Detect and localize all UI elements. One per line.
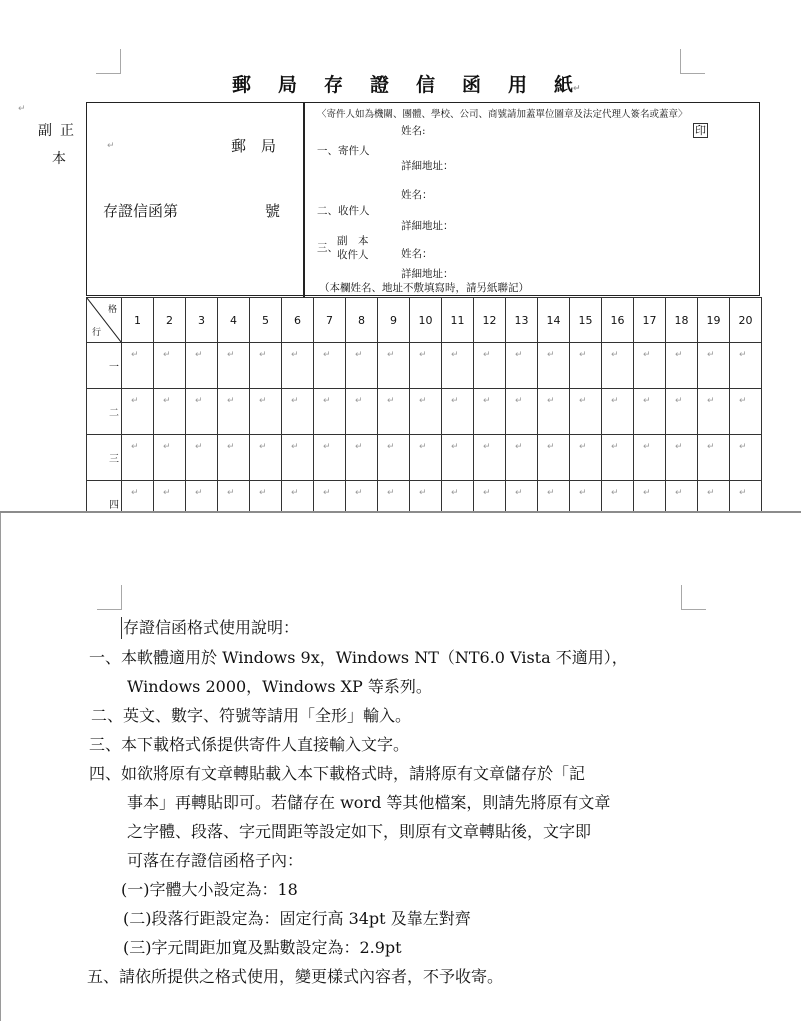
paragraph-mark: ↵: [227, 350, 235, 360]
grid-cell[interactable]: ↵: [186, 343, 218, 389]
paragraph-mark: ↵: [419, 396, 427, 406]
grid-cell[interactable]: ↵: [634, 389, 666, 435]
paragraph-mark: ↵: [323, 350, 331, 360]
paragraph-mark: ↵: [195, 396, 203, 406]
grid-cell[interactable]: ↵: [666, 435, 698, 481]
paragraph-mark: ↵: [675, 488, 683, 498]
instruction-item-3: 三、本下載格式係提供寄件人直接輸入文字。: [89, 730, 409, 759]
corner-label-column: 格: [108, 302, 117, 315]
grid-cell[interactable]: ↵: [186, 435, 218, 481]
column-header: 1: [122, 298, 154, 343]
column-header: 15: [570, 298, 602, 343]
sub-item-char-spacing: (三)字元間距加寬及點數設定為：2.9pt: [123, 933, 402, 962]
paragraph-mark: ↵: [259, 488, 267, 498]
paragraph-mark: ↵: [163, 396, 171, 406]
column-header: 12: [474, 298, 506, 343]
label-zheng: 正: [60, 120, 74, 140]
cc-name-field[interactable]: 姓名：: [401, 246, 433, 261]
paragraph-mark: ↵: [195, 442, 203, 452]
grid-cell[interactable]: ↵: [506, 389, 538, 435]
page-2: 存證信函格式使用說明： 一、本軟體適用於 Windows 9x，Windows …: [0, 513, 801, 1021]
paragraph-mark: ↵: [163, 350, 171, 360]
sender-address-field[interactable]: 詳細地址：: [401, 158, 454, 173]
paragraph-mark: ↵: [579, 488, 587, 498]
grid-cell[interactable]: ↵: [474, 343, 506, 389]
column-header: 4: [218, 298, 250, 343]
grid-cell[interactable]: ↵: [282, 389, 314, 435]
paragraph-mark: ↵: [547, 350, 555, 360]
instruction-item-4-line3: 之字體、段落、字元間距等設定如下，則原有文章轉貼後，文字即: [127, 817, 591, 846]
grid-cell[interactable]: ↵: [666, 389, 698, 435]
row-header: 三: [87, 435, 122, 481]
paragraph-mark: ↵: [227, 442, 235, 452]
paragraph-mark: ↵: [739, 350, 747, 360]
margin-corner-top-right: [680, 49, 705, 74]
paragraph-mark: ↵: [611, 442, 619, 452]
paragraph-mark: ↵: [163, 442, 171, 452]
grid-cell[interactable]: ↵: [730, 389, 762, 435]
grid-cell[interactable]: ↵: [538, 389, 570, 435]
grid-cell[interactable]: ↵: [378, 435, 410, 481]
grid-cell[interactable]: ↵: [570, 481, 602, 512]
column-header: 8: [346, 298, 378, 343]
letter-grid: 格 行 1 2 3 4 5 6 7 8 9 10 11 12 13 14 15 …: [86, 297, 762, 511]
column-header: 6: [282, 298, 314, 343]
corner-label-row: 行: [92, 325, 101, 338]
grid-cell[interactable]: ↵: [250, 343, 282, 389]
paragraph-mark: ↵: [323, 442, 331, 452]
grid-cell[interactable]: ↵: [602, 343, 634, 389]
grid-cell[interactable]: ↵: [538, 435, 570, 481]
grid-cell[interactable]: ↵: [346, 389, 378, 435]
grid-cell[interactable]: ↵: [250, 435, 282, 481]
cc-label-line1: 副 本: [337, 233, 369, 248]
paragraph-mark: ↵: [739, 442, 747, 452]
grid-cell[interactable]: ↵: [346, 435, 378, 481]
grid-cell[interactable]: ↵: [698, 389, 730, 435]
paragraph-mark: ↵: [579, 442, 587, 452]
title-char: 函: [462, 70, 508, 97]
page-1: 郵局存證信函用紙↵ ↵ 正 副 本 ↵ 郵 局 存證信函第 號 〈寄件人如為機關…: [0, 0, 801, 511]
row-header: 二: [87, 389, 122, 435]
paragraph-mark: ↵: [547, 488, 555, 498]
paragraph-mark: ↵: [387, 396, 395, 406]
paragraph-mark: ↵: [195, 488, 203, 498]
cc-address-field[interactable]: 詳細地址：: [401, 266, 454, 281]
instruction-item-1-line1: 一、本軟體適用於 Windows 9x，Windows NT（NT6.0 Vis…: [89, 643, 628, 672]
grid-cell[interactable]: ↵: [634, 343, 666, 389]
paragraph-mark: ↵: [131, 442, 139, 452]
paragraph-mark: ↵: [419, 442, 427, 452]
paragraph-mark: ↵: [451, 442, 459, 452]
grid-cell[interactable]: ↵: [730, 435, 762, 481]
paragraph-mark: ↵: [323, 396, 331, 406]
title-char: 局: [278, 70, 324, 97]
paragraph-mark: ↵: [259, 442, 267, 452]
title-char: 證: [370, 70, 416, 97]
grid-cell[interactable]: ↵: [378, 389, 410, 435]
column-header: 20: [730, 298, 762, 343]
column-header: 11: [442, 298, 474, 343]
grid-cell[interactable]: ↵: [410, 389, 442, 435]
paragraph-mark: ↵: [515, 442, 523, 452]
paragraph-mark: ↵: [675, 442, 683, 452]
grid-cell[interactable]: ↵: [474, 389, 506, 435]
paragraph-mark: ↵: [131, 488, 139, 498]
paragraph-mark: ↵: [387, 442, 395, 452]
grid-cell[interactable]: ↵: [122, 343, 154, 389]
grid-cell[interactable]: ↵: [698, 435, 730, 481]
grid-cell[interactable]: ↵: [186, 389, 218, 435]
grid-cell[interactable]: ↵: [698, 481, 730, 512]
column-header: 17: [634, 298, 666, 343]
paragraph-mark: ↵: [707, 442, 715, 452]
text-cursor: [121, 617, 122, 639]
row-header: 四: [87, 481, 122, 512]
grid-cell[interactable]: ↵: [570, 389, 602, 435]
paragraph-mark: ↵: [643, 442, 651, 452]
margin-corner-top-right: [681, 585, 706, 610]
paragraph-mark: ↵: [483, 442, 491, 452]
grid-cell[interactable]: ↵: [154, 481, 186, 512]
grid-cell[interactable]: ↵: [410, 481, 442, 512]
paragraph-mark: ↵: [643, 350, 651, 360]
seal-stamp: 印: [693, 123, 708, 138]
grid-cell[interactable]: ↵: [506, 435, 538, 481]
grid-cell[interactable]: ↵: [218, 481, 250, 512]
grid-cell[interactable]: ↵: [314, 435, 346, 481]
instruction-item-5: 五、請依所提供之格式使用，變更樣式內容者，不予收寄。: [87, 962, 503, 991]
grid-row: 三 ↵ ↵ ↵ ↵ ↵ ↵ ↵ ↵ ↵ ↵ ↵ ↵ ↵ ↵ ↵ ↵ ↵ ↵ ↵ …: [87, 435, 762, 481]
column-header: 5: [250, 298, 282, 343]
grid-cell[interactable]: ↵: [122, 435, 154, 481]
grid-cell[interactable]: ↵: [666, 343, 698, 389]
grid-cell[interactable]: ↵: [442, 435, 474, 481]
grid-cell[interactable]: ↵: [570, 343, 602, 389]
paragraph-mark: ↵: [547, 442, 555, 452]
grid-cell[interactable]: ↵: [474, 481, 506, 512]
grid-cell[interactable]: ↵: [570, 435, 602, 481]
grid-cell[interactable]: ↵: [378, 481, 410, 512]
paragraph-mark: ↵: [579, 396, 587, 406]
grid-cell[interactable]: ↵: [442, 343, 474, 389]
paragraph-mark: ↵: [483, 350, 491, 360]
paragraph-mark: ↵: [515, 488, 523, 498]
grid-cell[interactable]: ↵: [154, 389, 186, 435]
paragraph-mark: ↵: [259, 350, 267, 360]
paragraph-mark: ↵: [483, 488, 491, 498]
grid-cell[interactable]: ↵: [538, 481, 570, 512]
grid-cell[interactable]: ↵: [282, 343, 314, 389]
grid-cell[interactable]: ↵: [602, 389, 634, 435]
grid-cell[interactable]: ↵: [218, 389, 250, 435]
header-right-panel: 〈寄件人如為機關、團體、學校、公司、商號請加蓋單位圖章及法定代理人簽名或蓋章〉 …: [305, 103, 759, 297]
grid-cell[interactable]: ↵: [218, 435, 250, 481]
grid-cell[interactable]: ↵: [218, 343, 250, 389]
column-header: 16: [602, 298, 634, 343]
paragraph-mark: ↵: [291, 350, 299, 360]
title-char: 用: [508, 70, 554, 97]
seal-icon: 印: [693, 123, 708, 138]
column-header: 18: [666, 298, 698, 343]
label-fu: 副: [38, 120, 52, 140]
grid-cell[interactable]: ↵: [154, 343, 186, 389]
post-office-label: 郵 局: [231, 135, 276, 156]
grid-cell[interactable]: ↵: [442, 481, 474, 512]
paragraph-mark: ↵: [675, 350, 683, 360]
margin-corner-top-left: [97, 585, 122, 610]
paragraph-mark: ↵: [163, 488, 171, 498]
instruction-item-4-line2: 事本」再轉貼即可。若儲存在 word 等其他檔案，則請先將原有文章: [127, 788, 610, 817]
row-header: 一: [87, 343, 122, 389]
grid-cell[interactable]: ↵: [410, 435, 442, 481]
paragraph-mark: ↵: [227, 396, 235, 406]
paragraph-mark: ↵: [643, 488, 651, 498]
paragraph-mark: ↵: [739, 396, 747, 406]
recipient-name-field[interactable]: 姓名：: [401, 187, 433, 202]
grid-cell[interactable]: ↵: [666, 481, 698, 512]
grid-cell[interactable]: ↵: [602, 435, 634, 481]
grid-cell[interactable]: ↵: [250, 481, 282, 512]
grid-cell[interactable]: ↵: [474, 435, 506, 481]
paragraph-mark: ↵: [131, 350, 139, 360]
sub-item-font-size: (一)字體大小設定為：18: [121, 875, 298, 904]
paragraph-mark: ↵: [707, 396, 715, 406]
paragraph-mark: ↵: [483, 396, 491, 406]
paragraph-mark: ↵: [611, 396, 619, 406]
instructions-heading: 存證信函格式使用說明：: [123, 613, 299, 642]
paragraph-mark: ↵: [573, 84, 581, 94]
paragraph-mark: ↵: [387, 488, 395, 498]
grid-row: 四 ↵ ↵ ↵ ↵ ↵ ↵ ↵ ↵ ↵ ↵ ↵ ↵ ↵ ↵ ↵ ↵ ↵ ↵ ↵ …: [87, 481, 762, 512]
paragraph-mark: ↵: [643, 396, 651, 406]
top-note: 〈寄件人如為機關、團體、學校、公司、商號請加蓋單位圖章及法定代理人簽名或蓋章〉: [317, 106, 688, 120]
grid-cell[interactable]: ↵: [314, 343, 346, 389]
paragraph-mark: ↵: [355, 488, 363, 498]
paragraph-mark: ↵: [291, 442, 299, 452]
paragraph-mark: ↵: [387, 350, 395, 360]
column-header: 2: [154, 298, 186, 343]
grid-cell[interactable]: ↵: [442, 389, 474, 435]
paragraph-mark: ↵: [707, 488, 715, 498]
grid-cell[interactable]: ↵: [282, 435, 314, 481]
recipient-label: 二、收件人: [317, 203, 370, 218]
grid-cell[interactable]: ↵: [730, 343, 762, 389]
column-header: 19: [698, 298, 730, 343]
grid-cell[interactable]: ↵: [314, 481, 346, 512]
grid-cell[interactable]: ↵: [538, 343, 570, 389]
instruction-item-1-line2: Windows 2000，Windows XP 等系列。: [127, 672, 432, 701]
paragraph-mark: ↵: [291, 396, 299, 406]
paragraph-mark: ↵: [675, 396, 683, 406]
grid-cell[interactable]: ↵: [122, 389, 154, 435]
grid-cell[interactable]: ↵: [506, 481, 538, 512]
paragraph-mark: ↵: [195, 350, 203, 360]
paragraph-mark: ↵: [515, 396, 523, 406]
title-char: 信: [416, 70, 462, 97]
sender-name-field[interactable]: 姓名:: [401, 123, 426, 138]
grid-cell[interactable]: ↵: [730, 481, 762, 512]
grid-row: 一 ↵ ↵ ↵ ↵ ↵ ↵ ↵ ↵ ↵ ↵ ↵ ↵ ↵ ↵ ↵ ↵ ↵ ↵ ↵ …: [87, 343, 762, 389]
paragraph-mark: ↵: [707, 350, 715, 360]
grid-cell[interactable]: ↵: [698, 343, 730, 389]
title-char: 郵: [232, 70, 278, 97]
paragraph-mark: ↵: [739, 488, 747, 498]
column-header: 13: [506, 298, 538, 343]
paragraph-mark: ↵: [611, 350, 619, 360]
grid-cell[interactable]: ↵: [410, 343, 442, 389]
grid-cell[interactable]: ↵: [154, 435, 186, 481]
cc-prefix: 三、: [317, 240, 338, 255]
grid-corner-cell: 格 行: [87, 298, 122, 343]
paragraph-mark: ↵: [323, 488, 331, 498]
header-left-panel: ↵ 郵 局 存證信函第 號: [87, 103, 305, 297]
paragraph-mark: ↵: [419, 488, 427, 498]
column-header: 7: [314, 298, 346, 343]
recipient-address-field[interactable]: 詳細地址：: [401, 218, 454, 233]
paragraph-mark: ↵: [18, 104, 26, 114]
grid-cell[interactable]: ↵: [346, 343, 378, 389]
page-title: 郵局存證信函用紙↵: [232, 70, 581, 97]
grid-cell[interactable]: ↵: [282, 481, 314, 512]
paragraph-mark: ↵: [259, 396, 267, 406]
grid-cell[interactable]: ↵: [122, 481, 154, 512]
letter-number-suffix: 號: [265, 200, 280, 221]
paragraph-mark: ↵: [451, 350, 459, 360]
column-header: 14: [538, 298, 570, 343]
paragraph-mark: ↵: [451, 396, 459, 406]
cc-label-line2: 收件人: [337, 247, 369, 262]
bottom-note: （本欄姓名、地址不敷填寫時，請另紙聯記）: [319, 280, 529, 295]
paragraph-mark: ↵: [227, 488, 235, 498]
column-header: 9: [378, 298, 410, 343]
paragraph-mark: ↵: [419, 350, 427, 360]
paragraph-mark: ↵: [611, 488, 619, 498]
grid-header-row: 格 行 1 2 3 4 5 6 7 8 9 10 11 12 13 14 15 …: [87, 298, 762, 343]
grid-cell[interactable]: ↵: [506, 343, 538, 389]
grid-row: 二 ↵ ↵ ↵ ↵ ↵ ↵ ↵ ↵ ↵ ↵ ↵ ↵ ↵ ↵ ↵ ↵ ↵ ↵ ↵ …: [87, 389, 762, 435]
grid-cell[interactable]: ↵: [634, 481, 666, 512]
letter-header-box: ↵ 郵 局 存證信函第 號 〈寄件人如為機關、團體、學校、公司、商號請加蓋單位圖…: [86, 102, 760, 296]
paragraph-mark: ↵: [107, 141, 115, 151]
grid-cell[interactable]: ↵: [250, 389, 282, 435]
instruction-item-4-line4: 可落在存證信函格子內：: [127, 846, 303, 875]
paragraph-mark: ↵: [291, 488, 299, 498]
column-header: 3: [186, 298, 218, 343]
column-header: 10: [410, 298, 442, 343]
title-char: 紙: [554, 70, 573, 97]
paragraph-mark: ↵: [131, 396, 139, 406]
margin-corner-top-left: [96, 49, 121, 74]
grid-cell[interactable]: ↵: [186, 481, 218, 512]
paragraph-mark: ↵: [547, 396, 555, 406]
paragraph-mark: ↵: [355, 442, 363, 452]
letter-number-prefix: 存證信函第: [103, 200, 178, 221]
title-char: 存: [324, 70, 370, 97]
paragraph-mark: ↵: [355, 350, 363, 360]
grid-cell[interactable]: ↵: [634, 435, 666, 481]
paragraph-mark: ↵: [579, 350, 587, 360]
grid-cell[interactable]: ↵: [378, 343, 410, 389]
paragraph-mark: ↵: [515, 350, 523, 360]
paragraph-mark: ↵: [355, 396, 363, 406]
instruction-item-4-line1: 四、如欲將原有文章轉貼載入本下載格式時，請將原有文章儲存於「記: [89, 759, 585, 788]
sub-item-line-spacing: (二)段落行距設定為：固定行高 34pt 及靠左對齊: [123, 904, 471, 933]
grid-cell[interactable]: ↵: [346, 481, 378, 512]
instruction-item-2: 二、英文、數字、符號等請用「全形」輸入。: [91, 701, 411, 730]
sender-label: 一、寄件人: [317, 143, 370, 158]
label-ben: 本: [52, 148, 66, 168]
grid-cell[interactable]: ↵: [602, 481, 634, 512]
paragraph-mark: ↵: [451, 488, 459, 498]
grid-cell[interactable]: ↵: [314, 389, 346, 435]
